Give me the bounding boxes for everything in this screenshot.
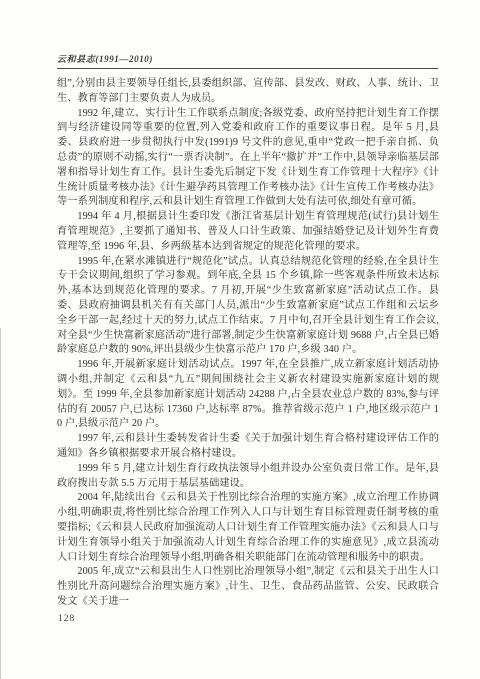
page-number: 128 (58, 614, 75, 624)
body-paragraph: 1996 年,开展新家庭计划活动试点。1997 年,在全县推广,成立新家庭计划活… (57, 358, 439, 432)
body-paragraph: 1997 年,云和县计生委转发省计生委《关于加强计划生育合格村建设评估工作的通知… (57, 432, 439, 462)
body-paragraph: 1995 年,在紧水滩镇进行“规范化”试点。认真总结规范化管理的经验,在全县计生… (57, 255, 439, 359)
body-paragraph: 1994 年 4 月,根据县计生委印发《浙江省基层计划生育管理规范(试行)县计划… (57, 210, 439, 254)
running-head-title: 云和县志(1991—2010) (57, 52, 438, 65)
scan-edge-artifact (0, 328, 1, 679)
book-page: 云和县志(1991—2010) 组”,分别由县主要领导任组长,县委组织部、宣传部… (0, 0, 480, 679)
body-paragraph: 2005 年,成立“云和县出生人口性别比治理领导小组”,制定《云和县关于出生人口… (57, 565, 439, 609)
body-paragraph: 1999 年 5 月,建立计划生育行政执法领导小组并设办公室负责日常工作。是年,… (57, 462, 439, 492)
body-text-block: 组”,分别由县主要领导任组长,县委组织部、宣传部、县发改、财政、人事、统计、卫生… (57, 77, 439, 610)
body-paragraph: 组”,分别由县主要领导任组长,县委组织部、宣传部、县发改、财政、人事、统计、卫生… (57, 77, 439, 107)
body-paragraph: 1992 年,建立、实行计生工作联系点制度;各级党委、政府坚持把计划生育工作摆到… (57, 107, 439, 211)
header-rule (57, 68, 438, 69)
body-paragraph: 2004 年,陆续出台《云和县关于性别比综合治理的实施方案》,成立治理工作协调小… (57, 491, 439, 565)
